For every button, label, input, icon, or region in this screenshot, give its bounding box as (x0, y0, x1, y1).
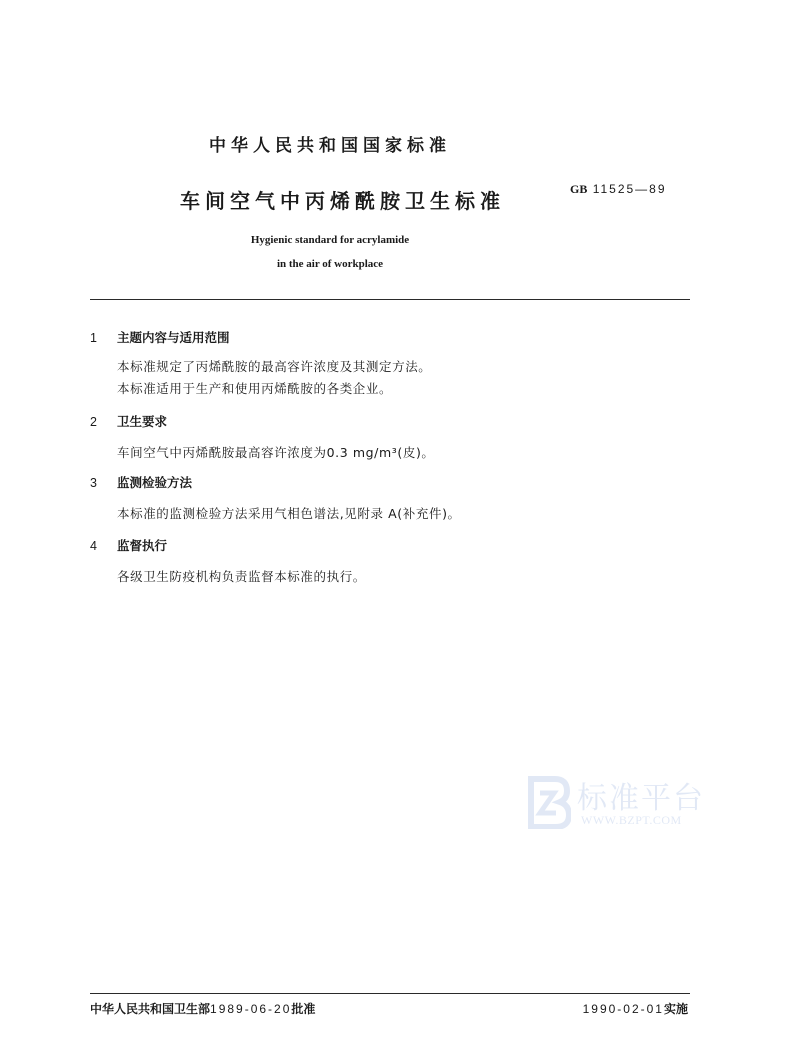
section-number: 3 (90, 476, 117, 490)
section-title: 卫生要求 (117, 414, 167, 429)
section-heading-2: 2卫生要求 (90, 412, 167, 430)
standard-code-prefix: GB (570, 182, 587, 196)
national-standard-label: 中华人民共和国国家标准 (0, 131, 660, 156)
approval-date: 1989-06-20 (210, 1002, 291, 1016)
bzpt-logo-icon (527, 775, 571, 829)
section-number: 1 (90, 331, 117, 345)
section-heading-1: 1主题内容与适用范围 (90, 328, 230, 346)
section-number: 2 (90, 415, 117, 429)
section-title: 监测检验方法 (117, 475, 192, 490)
paragraph: 本标准规定了丙烯酰胺的最高容许浓度及其测定方法。 (117, 357, 431, 375)
paragraph: 各级卫生防疫机构负责监督本标准的执行。 (117, 567, 366, 585)
english-title-line-2: in the air of workplace (0, 252, 660, 276)
approval-org: 中华人民共和国卫生部 (90, 1002, 210, 1016)
section-heading-4: 4监督执行 (90, 536, 167, 554)
effective-suffix: 实施 (664, 1002, 688, 1016)
watermark: 标准平台 WWW.BZPT.COM (527, 773, 737, 833)
paragraph: 本标准适用于生产和使用丙烯酰胺的各类企业。 (117, 379, 392, 397)
effective-date: 1990-02-01 (583, 1002, 664, 1016)
standard-code: GB 11525—89 (570, 182, 667, 197)
section-number: 4 (90, 539, 117, 553)
effective-info: 1990-02-01实施 (583, 1000, 688, 1017)
document-title: 车间空气中丙烯酰胺卫生标准 (180, 185, 505, 214)
paragraph: 本标准的监测检验方法采用气相色谱法,见附录 A(补充件)。 (117, 504, 461, 522)
header-divider (90, 299, 690, 300)
footer-divider (90, 993, 690, 994)
english-title-line-1: Hygienic standard for acrylamide (0, 228, 660, 252)
section-title: 监督执行 (117, 538, 167, 553)
watermark-url: WWW.BZPT.COM (581, 813, 682, 828)
english-title: Hygienic standard for acrylamide in the … (0, 228, 660, 276)
approval-suffix: 批准 (291, 1002, 315, 1016)
section-title: 主题内容与适用范围 (117, 330, 230, 345)
standard-code-number: 11525—89 (593, 182, 667, 196)
watermark-text: 标准平台 (577, 773, 705, 817)
section-heading-3: 3监测检验方法 (90, 473, 192, 491)
paragraph: 车间空气中丙烯酰胺最高容许浓度为0.3 mg/m³(皮)。 (117, 443, 435, 461)
approval-info: 中华人民共和国卫生部1989-06-20批准 (90, 1000, 315, 1017)
